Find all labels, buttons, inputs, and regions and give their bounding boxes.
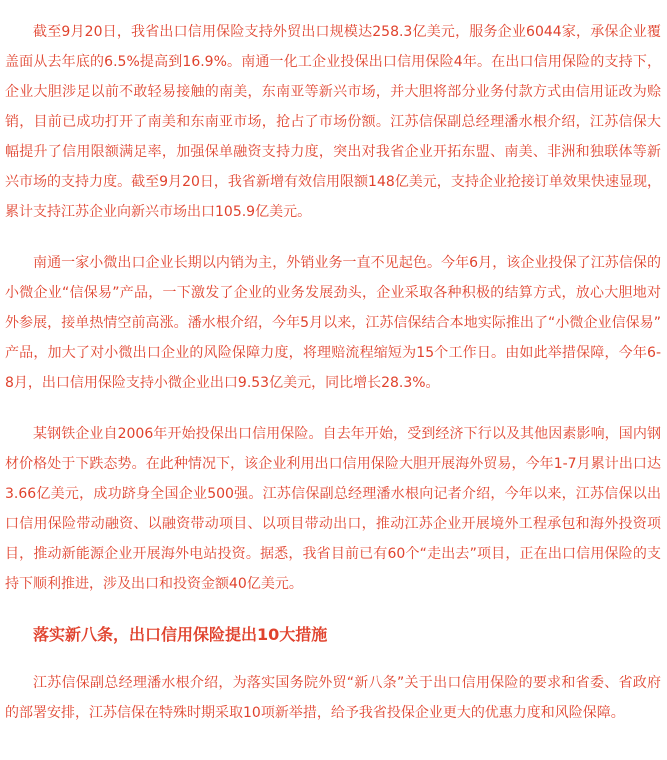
paragraph-steel-enterprise: 某钢铁企业自2006年开始投保出口信用保险。自去年开始，受到经济下行以及其他因素… [5,419,661,599]
paragraph-small-micro-enterprise: 南通一家小微出口企业长期以内销为主，外销业务一直不见起色。今年6月，该企业投保了… [5,248,661,398]
paragraph-export-credit-overview: 截至9月20日，我省出口信用保险支持外贸出口规模达258.3亿美元，服务企业60… [5,17,661,227]
article: 截至9月20日，我省出口信用保险支持外贸出口规模达258.3亿美元，服务企业60… [5,17,661,728]
document-page: 截至9月20日，我省出口信用保险支持外贸出口规模达258.3亿美元，服务企业60… [0,0,667,760]
section-heading: 落实新八条，出口信用保险提出10大措施 [5,620,661,650]
paragraph-new-eight-measures: 江苏信保副总经理潘水根介绍，为落实国务院外贸“新八条”关于出口信用保险的要求和省… [5,668,661,728]
